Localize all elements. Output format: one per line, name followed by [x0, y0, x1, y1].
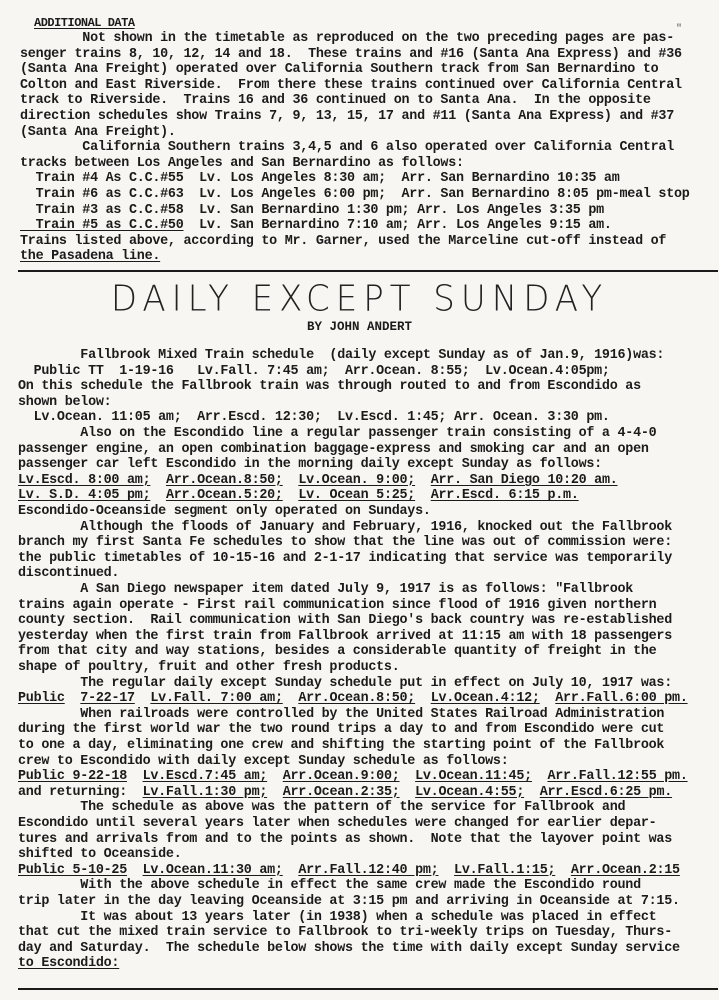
text-line: to one a day, eliminating one crew and s… [18, 738, 664, 753]
text-line: county section. Rail communication with … [18, 613, 672, 628]
text-line: Although the floods of January and Febru… [18, 520, 672, 535]
text-line: yesterday when the first train from Fall… [18, 629, 672, 644]
text-line: senger trains 8, 10, 12, 14 and 18. Thes… [20, 47, 682, 62]
schedule-row: Public 9-22-18 Lv.Escd.7:45 am; Arr.Ocea… [18, 769, 688, 784]
text-line: branch my first Santa Fe schedules to sh… [18, 535, 672, 550]
text-line: The regular daily except Sunday schedule… [18, 676, 672, 691]
train-row: Train #3 as C.C.#58 Lv. San Bernardino 1… [20, 203, 604, 218]
schedule-row: and returning: Lv.Fall.1:30 pm; Arr.Ocea… [18, 785, 672, 800]
text-line: Trains listed above, according to Mr. Ga… [20, 234, 666, 249]
text-line: shown below: [18, 395, 111, 410]
article-title: DAILY EXCEPT SUNDAY [0, 278, 719, 320]
text-line: day and Saturday. The schedule below sho… [18, 941, 680, 956]
text-line: passenger engine, an open combination ba… [18, 442, 649, 457]
text-line: from that city and way stations, besides… [18, 644, 656, 659]
text-line: Fallbrook Mixed Train schedule (daily ex… [18, 348, 664, 363]
text-line: (Santa Ana Freight) operated over Califo… [20, 62, 658, 77]
article-byline: BY JOHN ANDERT [0, 320, 719, 334]
text-line: the Pasadena line. [20, 249, 160, 264]
text-line: Lv.Ocean. 11:05 am; Arr.Escd. 12:30; Lv.… [18, 410, 610, 425]
schedule-row: Lv. S.D. 4:05 pm; Arr.Ocean.5:20; Lv. Oc… [18, 488, 579, 503]
text-line: trip later in the day leaving Oceanside … [18, 894, 680, 909]
document-page: ADDITIONAL DATA " Not shown in the timet… [0, 0, 719, 1000]
text-line: direction schedules show Trains 7, 9, 13… [20, 109, 674, 124]
corner-mark: " [676, 24, 682, 35]
text-line: to Escondido: [18, 956, 119, 971]
text-line: When railroads were controlled by the Un… [18, 707, 664, 722]
bottom-divider [18, 988, 718, 990]
text-line: shifted to Oceanside. [18, 847, 182, 862]
text-line: Colton and East Riverside. From there th… [20, 78, 682, 93]
train-row: Train #4 As C.C.#55 Lv. Los Angeles 8:30… [20, 171, 620, 186]
text-line: It was about 13 years later (in 1938) wh… [18, 910, 656, 925]
text-line: With the above schedule in effect the sa… [18, 878, 641, 893]
text-line: A San Diego newspaper item dated July 9,… [18, 582, 633, 597]
text-line: Not shown in the timetable as reproduced… [20, 31, 674, 46]
text-line: On this schedule the Fallbrook train was… [18, 379, 641, 394]
train-row: Train #6 as C.C.#63 Lv. Los Angeles 6:00… [20, 187, 690, 202]
train-row: Train #5 as C.C.#50 Lv. San Bernardino 7… [20, 218, 612, 233]
text-line: that cut the mixed train service to Fall… [18, 925, 672, 940]
section-divider [18, 270, 718, 272]
text-line: track to Riverside. Trains 16 and 36 con… [20, 93, 651, 108]
schedule-row: Lv.Escd. 8:00 am; Arr.Ocean.8:50; Lv.Oce… [18, 473, 618, 488]
schedule-row: Public 5-10-25 Lv.Ocean.11:30 am; Arr.Fa… [18, 863, 680, 878]
text-line: Escondido until several years later when… [18, 816, 656, 831]
text-line: Public TT 1-19-16 Lv.Fall. 7:45 am; Arr.… [18, 364, 610, 379]
text-line: shape of poultry, fruit and other fresh … [18, 660, 400, 675]
text-line: The schedule as above was the pattern of… [18, 800, 625, 815]
text-line: Also on the Escondido line a regular pas… [18, 426, 656, 441]
text-line: California Southern trains 3,4,5 and 6 a… [20, 140, 674, 155]
text-line: the public timetables of 10-15-16 and 2-… [18, 551, 672, 566]
schedule-row: Public 7-22-17 Lv.Fall. 7:00 am; Arr.Oce… [18, 691, 688, 706]
text-line: discontinued. [18, 566, 119, 581]
text-line: tracks between Los Angeles and San Berna… [20, 156, 464, 171]
text-line: crew to Escondido with daily except Sund… [18, 754, 509, 769]
text-line: (Santa Ana Freight). [20, 125, 176, 140]
text-line: passenger car left Escondido in the morn… [18, 457, 602, 472]
text-line: during the first world war the two round… [18, 722, 664, 737]
text-line: Escondido-Oceanside segment only operate… [18, 504, 431, 519]
text-line: tures and arrivals from and to the point… [18, 832, 672, 847]
section-heading: ADDITIONAL DATA [34, 16, 135, 31]
text-line: trains again operate - First rail commun… [18, 598, 656, 613]
